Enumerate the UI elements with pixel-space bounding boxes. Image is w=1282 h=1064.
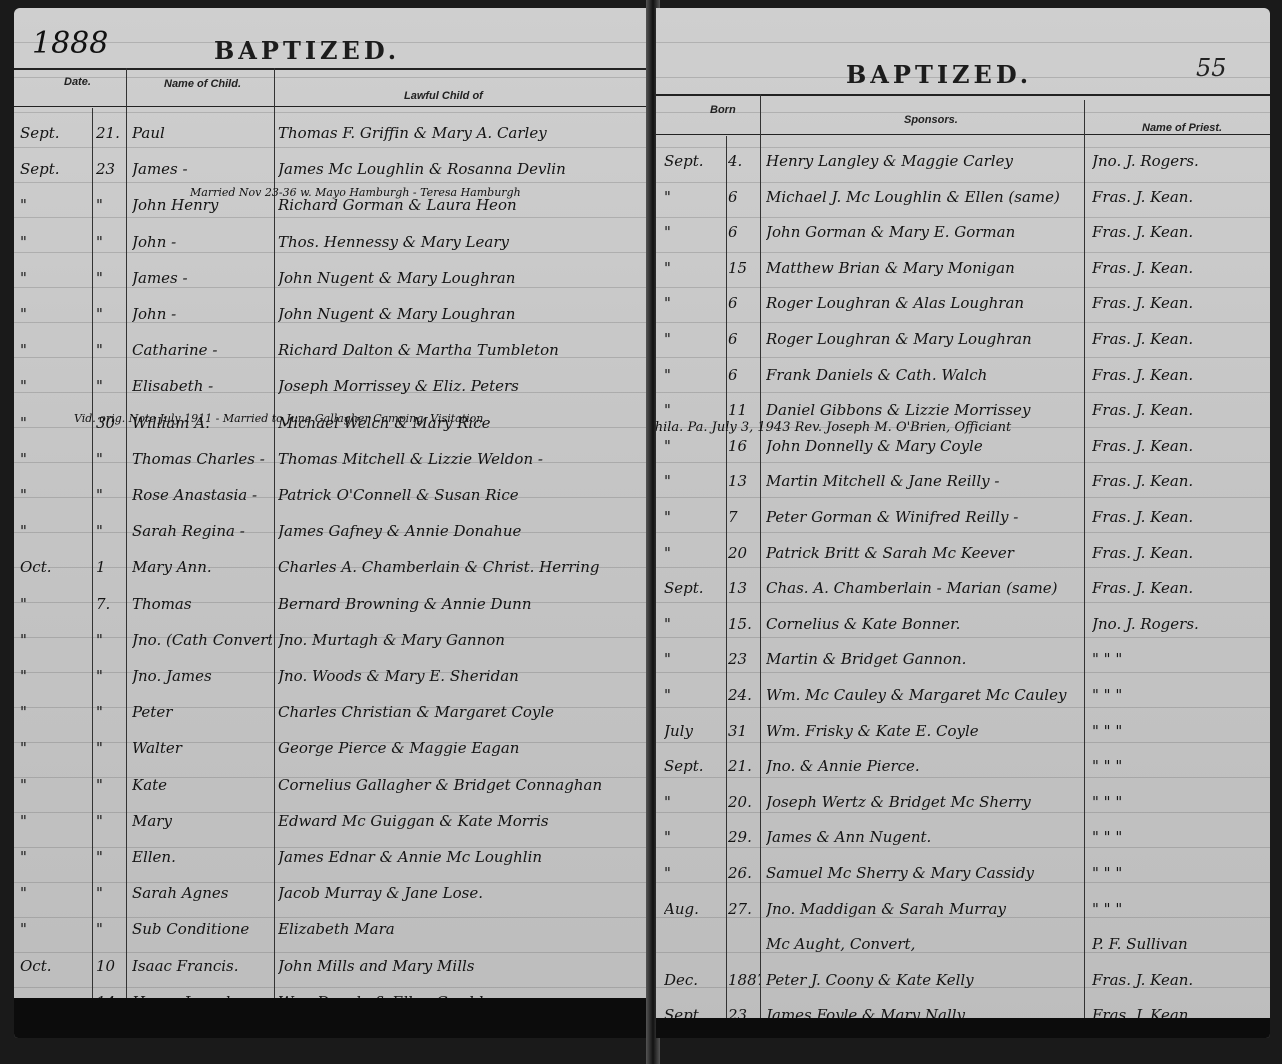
born-day: 6 [728,223,760,241]
sponsors-names: Roger Loughran & Alas Loughran [766,294,1082,312]
born-day: 13 [728,579,760,597]
born-day: 4. [728,152,760,170]
visitation-annotation: Vid. orig. Note July 1911 - Married to J… [74,412,483,425]
born-month: " [664,472,726,490]
register-row: ""Sub ConditioneElizabeth Mara [14,912,650,946]
date-month: " [20,812,90,830]
date-day: " [96,920,126,938]
register-row: July31Wm. Frisky & Kate E. Coyle" " " [656,714,1270,748]
born-month: " [664,828,726,846]
date-day: 23 [96,160,126,178]
priest-name: Jno. J. Rogers. [1092,152,1268,170]
priest-name: Fras. J. Kean. [1092,971,1268,989]
sponsors-names: Matthew Brian & Mary Monigan [766,259,1082,277]
priest-name: Fras. J. Kean. [1092,472,1268,490]
date-month: " [20,196,90,214]
date-month: " [20,595,90,613]
born-month: " [664,401,726,419]
sponsors-names: Mc Aught, Convert, [766,935,1082,953]
born-day: 6 [728,294,760,312]
date-day: " [96,812,126,830]
page-bottom-shadow [14,998,650,1038]
register-row: ""James -John Nugent & Mary Loughran [14,261,650,295]
child-name: John Henry [132,196,272,214]
sponsors-names: Frank Daniels & Cath. Walch [766,366,1082,384]
child-name: John - [132,305,272,323]
date-day: " [96,667,126,685]
date-month: Sept. [20,124,90,142]
date-day: 7. [96,595,126,613]
date-month: " [20,703,90,721]
parents-names: Patrick O'Connell & Susan Rice [278,486,648,504]
priest-name: Fras. J. Kean. [1092,223,1268,241]
register-row: Sept.21.PaulThomas F. Griffin & Mary A. … [14,116,650,150]
column-header-sponsors: Sponsors. [904,114,958,126]
born-day: 29. [728,828,760,846]
parents-names: Thomas Mitchell & Lizzie Weldon - [278,450,648,468]
register-row: ""Elisabeth -Joseph Morrissey & Eliz. Pe… [14,369,650,403]
born-day: 13 [728,472,760,490]
born-day: 27. [728,900,760,918]
register-row: ""Rose Anastasia -Patrick O'Connell & Su… [14,478,650,512]
date-day: " [96,776,126,794]
register-row: Sept.21.Jno. & Annie Pierce." " " [656,749,1270,783]
parents-names: James Mc Loughlin & Rosanna Devlin [278,160,648,178]
date-day: " [96,233,126,251]
sponsors-names: Martin Mitchell & Jane Reilly - [766,472,1082,490]
born-month: " [664,294,726,312]
register-row: "6Frank Daniels & Cath. WalchFras. J. Ke… [656,358,1270,392]
date-month: " [20,269,90,287]
parents-names: George Pierce & Maggie Eagan [278,739,648,757]
register-row: ""KateCornelius Gallagher & Bridget Conn… [14,768,650,802]
header-bottom-rule [656,134,1270,135]
register-row: "29.James & Ann Nugent." " " [656,820,1270,854]
parents-names: Thomas F. Griffin & Mary A. Carley [278,124,648,142]
page-title: BAPTIZED. [214,36,400,65]
column-header-parents: Lawful Child of [404,90,483,102]
date-day: " [96,341,126,359]
date-day: " [96,522,126,540]
register-row: Aug.27.Jno. Maddigan & Sarah Murray" " " [656,892,1270,926]
date-month: " [20,739,90,757]
column-header-name: Name of Child. [164,78,241,90]
parents-names: Jno. Murtagh & Mary Gannon [278,631,648,649]
register-row: Dec.1887 / 15Peter J. Coony & Kate Kelly… [656,963,1270,997]
priest-name: Jno. J. Rogers. [1092,615,1268,633]
sponsors-names: Jno. Maddigan & Sarah Murray [766,900,1082,918]
register-row: "6Michael J. Mc Loughlin & Ellen (same)F… [656,180,1270,214]
born-day: 15. [728,615,760,633]
register-row: Oct.10Isaac Francis.John Mills and Mary … [14,949,650,983]
born-day: 26. [728,864,760,882]
register-row: ""Jno. (Cath Convert)Jno. Murtagh & Mary… [14,623,650,657]
sponsors-names: John Donnelly & Mary Coyle [766,437,1082,455]
born-month: Dec. [664,971,726,989]
born-month: Sept. [664,757,726,775]
child-name: Ellen. [132,848,272,866]
priest-name: Fras. J. Kean. [1092,401,1268,419]
date-month: " [20,776,90,794]
sponsors-names: Joseph Wertz & Bridget Mc Sherry [766,793,1082,811]
child-name: Peter [132,703,272,721]
register-row: "7Peter Gorman & Winifred Reilly -Fras. … [656,500,1270,534]
born-day: 21. [728,757,760,775]
parents-names: Charles Christian & Margaret Coyle [278,703,648,721]
born-month: " [664,223,726,241]
column-header-date: Date. [64,76,91,88]
born-month: " [664,615,726,633]
date-month: Sept. [20,160,90,178]
parents-names: Cornelius Gallagher & Bridget Connaghan [278,776,648,794]
sponsors-names: Peter J. Coony & Kate Kelly [766,971,1082,989]
register-row: ""Ellen.James Ednar & Annie Mc Loughlin [14,840,650,874]
child-name: Sub Conditione [132,920,272,938]
child-name: Rose Anastasia - [132,486,272,504]
date-day: " [96,305,126,323]
date-day: " [96,884,126,902]
born-month: " [664,650,726,668]
born-day: 1887 / 15 [728,971,760,989]
sponsors-names: Henry Langley & Maggie Carley [766,152,1082,170]
parents-names: Thos. Hennessy & Mary Leary [278,233,648,251]
register-row: Mc Aught, Convert,P. F. Sullivan [656,927,1270,961]
register-row: ""Thomas Charles -Thomas Mitchell & Lizz… [14,442,650,476]
priest-name: Fras. J. Kean. [1092,366,1268,384]
born-day: 16 [728,437,760,455]
priest-name: Fras. J. Kean. [1092,330,1268,348]
sponsors-names: Michael J. Mc Loughlin & Ellen (same) [766,188,1082,206]
date-day: " [96,486,126,504]
sponsors-names: Wm. Frisky & Kate E. Coyle [766,722,1082,740]
child-name: Mary Ann. [132,558,272,576]
child-name: Paul [132,124,272,142]
date-month: Oct. [20,558,90,576]
register-row: ""MaryEdward Mc Guiggan & Kate Morris [14,804,650,838]
parents-names: Jno. Woods & Mary E. Sheridan [278,667,648,685]
sponsors-names: James & Ann Nugent. [766,828,1082,846]
register-row: "6Roger Loughran & Mary LoughranFras. J.… [656,322,1270,356]
sponsors-names: Roger Loughran & Mary Loughran [766,330,1082,348]
parents-names: Richard Gorman & Laura Heon [278,196,648,214]
child-name: Jno. James [132,667,272,685]
child-name: Isaac Francis. [132,957,272,975]
register-row: ""Jno. JamesJno. Woods & Mary E. Sherida… [14,659,650,693]
register-row: "6John Gorman & Mary E. GormanFras. J. K… [656,215,1270,249]
born-day: 20. [728,793,760,811]
parents-names: James Gafney & Annie Donahue [278,522,648,540]
priest-name: " " " [1092,686,1268,704]
priest-name: Fras. J. Kean. [1092,294,1268,312]
born-day: 15 [728,259,760,277]
child-name: Walter [132,739,272,757]
register-row: ""John -Thos. Hennessy & Mary Leary [14,225,650,259]
register-row: Sept.13Chas. A. Chamberlain - Marian (sa… [656,571,1270,605]
priest-name: Fras. J. Kean. [1092,544,1268,562]
date-day: " [96,848,126,866]
born-month: " [664,188,726,206]
date-month: " [20,848,90,866]
register-row: ""PeterCharles Christian & Margaret Coyl… [14,695,650,729]
parents-names: John Nugent & Mary Loughran [278,305,648,323]
date-month: " [20,631,90,649]
date-month: " [20,884,90,902]
child-name: James - [132,160,272,178]
born-day: 6 [728,188,760,206]
register-row: "26.Samuel Mc Sherry & Mary Cassidy" " " [656,856,1270,890]
sponsors-names: Peter Gorman & Winifred Reilly - [766,508,1082,526]
page-bottom-shadow [656,1018,1270,1038]
register-row: "20.Joseph Wertz & Bridget Mc Sherry" " … [656,785,1270,819]
child-name: Thomas Charles - [132,450,272,468]
born-day: 24. [728,686,760,704]
parents-names: John Mills and Mary Mills [278,957,648,975]
date-month: " [20,233,90,251]
born-month: " [664,508,726,526]
register-row: ""WalterGeorge Pierce & Maggie Eagan [14,731,650,765]
born-month: " [664,437,726,455]
date-month: " [20,450,90,468]
right-page: BAPTIZED. 55 Born Sponsors. Name of Prie… [656,8,1270,1038]
priest-name: Fras. J. Kean. [1092,259,1268,277]
child-name: Jno. (Cath Convert) [132,631,272,649]
parents-names: Jacob Murray & Jane Lose. [278,884,648,902]
born-month: " [664,686,726,704]
sponsors-names: Wm. Mc Cauley & Margaret Mc Cauley [766,686,1082,704]
priest-name: Fras. J. Kean. [1092,437,1268,455]
register-row: "24.Wm. Mc Cauley & Margaret Mc Cauley" … [656,678,1270,712]
born-day: 7 [728,508,760,526]
date-day: 21. [96,124,126,142]
child-name: Catharine - [132,341,272,359]
born-day: 31 [728,722,760,740]
priest-name: Fras. J. Kean. [1092,188,1268,206]
date-month: " [20,377,90,395]
priest-name: " " " [1092,722,1268,740]
child-name: Elisabeth - [132,377,272,395]
page-number: 55 [1196,54,1227,82]
born-day: 6 [728,330,760,348]
sponsors-names: Jno. & Annie Pierce. [766,757,1082,775]
header-rule [656,94,1270,96]
sponsors-names: Martin & Bridget Gannon. [766,650,1082,668]
marriage-annotation: Married Nov 23-36 w. Mayo Hamburgh - Ter… [190,186,521,199]
column-header-priest: Name of Priest. [1142,122,1222,134]
parents-names: James Ednar & Annie Mc Loughlin [278,848,648,866]
date-day: 1 [96,558,126,576]
date-day: " [96,196,126,214]
register-row: "15.Cornelius & Kate Bonner.Jno. J. Roge… [656,607,1270,641]
register-row: ""Catharine -Richard Dalton & Martha Tum… [14,333,650,367]
priest-name: Fras. J. Kean. [1092,579,1268,597]
born-month: Sept. [664,579,726,597]
left-page: 1888 BAPTIZED. Date. Name of Child. Lawf… [14,8,650,1038]
date-month: Oct. [20,957,90,975]
born-month: Aug. [664,900,726,918]
date-day: " [96,269,126,287]
date-month: " [20,667,90,685]
register-row: "13Martin Mitchell & Jane Reilly -Fras. … [656,464,1270,498]
born-month: Sept. [664,152,726,170]
child-name: Sarah Agnes [132,884,272,902]
header-rule [14,68,650,70]
parents-names: Charles A. Chamberlain & Christ. Herring [278,558,648,576]
priest-name: Fras. J. Kean. [1092,508,1268,526]
born-day: 6 [728,366,760,384]
child-name: James - [132,269,272,287]
priest-name: " " " [1092,900,1268,918]
date-day: " [96,739,126,757]
register-row: Sept.4.Henry Langley & Maggie CarleyJno.… [656,144,1270,178]
register-row: "23Martin & Bridget Gannon." " " [656,642,1270,676]
date-day: " [96,450,126,468]
register-row: "6Roger Loughran & Alas LoughranFras. J.… [656,286,1270,320]
priest-name: " " " [1092,864,1268,882]
column-header-born: Born [710,104,736,116]
parents-names: Bernard Browning & Annie Dunn [278,595,648,613]
register-row: ""John -John Nugent & Mary Loughran [14,297,650,331]
date-day: " [96,631,126,649]
sponsors-names: Chas. A. Chamberlain - Marian (same) [766,579,1082,597]
date-month: " [20,522,90,540]
parents-names: Richard Dalton & Martha Tumbleton [278,341,648,359]
page-title: BAPTIZED. [846,60,1032,89]
register-row: Sept.23James -James Mc Loughlin & Rosann… [14,152,650,186]
child-name: Thomas [132,595,272,613]
born-day: 20 [728,544,760,562]
child-name: John - [132,233,272,251]
parents-names: Joseph Morrissey & Eliz. Peters [278,377,648,395]
date-month: " [20,305,90,323]
sponsors-names: Samuel Mc Sherry & Mary Cassidy [766,864,1082,882]
priest-name: " " " [1092,650,1268,668]
parents-names: John Nugent & Mary Loughran [278,269,648,287]
register-row: "15Matthew Brian & Mary MoniganFras. J. … [656,251,1270,285]
born-day: 23 [728,650,760,668]
date-day: " [96,377,126,395]
sponsors-names: Daniel Gibbons & Lizzie Morrissey [766,401,1082,419]
sponsors-names: Patrick Britt & Sarah Mc Keever [766,544,1082,562]
header-bottom-rule [14,106,650,107]
born-month: " [664,544,726,562]
priest-name: P. F. Sullivan [1092,935,1268,953]
born-month: July [664,722,726,740]
sponsors-names: John Gorman & Mary E. Gorman [766,223,1082,241]
year-label: 1888 [32,26,108,61]
date-day: 10 [96,957,126,975]
register-row: "7.ThomasBernard Browning & Annie Dunn [14,587,650,621]
child-name: Kate [132,776,272,794]
philadelphia-annotation: Phila. Pa. July 3, 1943 Rev. Joseph M. O… [656,420,1011,435]
date-month: " [20,486,90,504]
sponsors-names: Cornelius & Kate Bonner. [766,615,1082,633]
born-month: " [664,330,726,348]
date-month: " [20,341,90,359]
born-month: " [664,793,726,811]
child-name: Sarah Regina - [132,522,272,540]
parents-names: Elizabeth Mara [278,920,648,938]
date-month: " [20,920,90,938]
register-row: Oct.1Mary Ann.Charles A. Chamberlain & C… [14,550,650,584]
register-row: "20Patrick Britt & Sarah Mc KeeverFras. … [656,536,1270,570]
register-row: ""Sarah AgnesJacob Murray & Jane Lose. [14,876,650,910]
born-month: " [664,366,726,384]
date-day: " [96,703,126,721]
child-name: Mary [132,812,272,830]
priest-name: " " " [1092,757,1268,775]
priest-name: " " " [1092,828,1268,846]
priest-name: " " " [1092,793,1268,811]
born-month: " [664,864,726,882]
born-month: " [664,259,726,277]
register-row: ""Sarah Regina -James Gafney & Annie Don… [14,514,650,548]
parents-names: Edward Mc Guiggan & Kate Morris [278,812,648,830]
born-day: 11 [728,401,760,419]
